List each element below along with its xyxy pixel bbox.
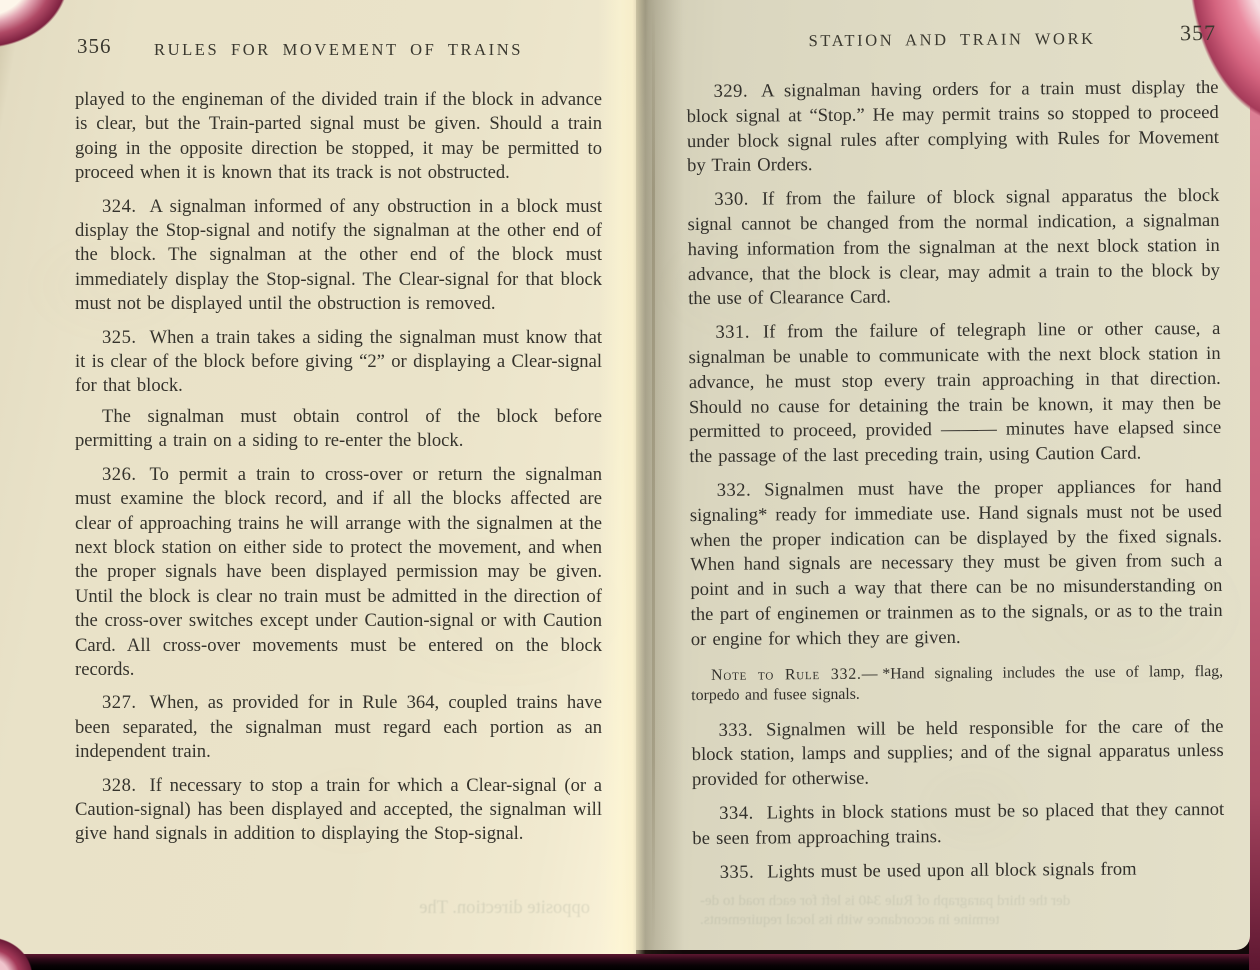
right-running-head: STATION AND TRAIN WORK — [686, 22, 1218, 52]
paragraph: 334.Lights in block stations must be so … — [692, 798, 1224, 852]
paragraph: played to the engineman of the divided t… — [75, 88, 602, 186]
right-page-body: 329.A signalman having orders for a trai… — [686, 76, 1224, 885]
paragraph-text: If from the failure of block signal appa… — [687, 185, 1220, 309]
paragraph-text: To permit a train to cross-over or retur… — [75, 464, 602, 680]
book-scan: 356 RULES FOR MOVEMENT OF TRAINS played … — [0, 0, 1260, 970]
paragraph-text: Signalmen will be held responsible for t… — [692, 715, 1224, 790]
left-page-text: 356 RULES FOR MOVEMENT OF TRAINS played … — [75, 34, 602, 856]
paragraph-text: Lights in block stations must be so plac… — [692, 799, 1224, 849]
paragraph-text: If necessary to stop a train for which a… — [75, 775, 602, 845]
rule-number: 326. — [102, 464, 150, 485]
paragraph-text: When a train takes a siding the signalma… — [75, 327, 602, 397]
left-running-head: RULES FOR MOVEMENT OF TRAINS — [75, 34, 602, 60]
paragraph-text: played to the engineman of the divided t… — [75, 89, 602, 183]
paragraph: Note to Rule 332.—*Hand signaling includ… — [691, 661, 1223, 706]
right-page-header: 357 STATION AND TRAIN WORK — [686, 22, 1218, 72]
book-cover-bottom-edge — [0, 954, 1260, 970]
paragraph: 331.If from the failure of telegraph lin… — [688, 317, 1221, 470]
paragraph: 335.Lights must be used upon all block s… — [693, 856, 1225, 885]
paragraph: 328.If necessary to stop a train for whi… — [75, 774, 602, 847]
paragraph: 332.Signalmen must have the proper appli… — [690, 475, 1223, 653]
rule-number: 330. — [714, 189, 762, 210]
rule-number: 334. — [719, 802, 767, 823]
rule-number: 332. — [717, 479, 765, 500]
paragraph: 324.A signalman informed of any obstruct… — [75, 195, 602, 317]
rule-number: 329. — [713, 81, 761, 102]
paragraph: The signalman must obtain control of the… — [75, 405, 602, 454]
rule-number: 335. — [720, 861, 768, 882]
rule-number: 328. — [102, 775, 150, 796]
rule-number: 324. — [102, 196, 150, 217]
left-page-body: played to the engineman of the divided t… — [75, 88, 602, 847]
rule-number: 333. — [718, 719, 766, 740]
paragraph: 326.To permit a train to cross-over or r… — [75, 463, 602, 683]
paragraph-text: The signalman must obtain control of the… — [75, 406, 602, 451]
paragraph-text: A signalman informed of any obstruction … — [75, 196, 602, 315]
book-cover-right-edge — [1249, 0, 1260, 970]
paragraph: 333.Signalmen will be held responsible f… — [691, 714, 1224, 793]
left-page-header: 356 RULES FOR MOVEMENT OF TRAINS — [75, 34, 602, 80]
right-page-text: 357 STATION AND TRAIN WORK 329.A signalm… — [686, 22, 1225, 894]
rule-number: Note to Rule 332.— — [711, 665, 882, 683]
paragraph: 329.A signalman having orders for a trai… — [686, 76, 1219, 179]
rule-number: 331. — [715, 322, 763, 343]
paragraph-text: When, as provided for in Rule 364, coupl… — [75, 692, 602, 762]
paragraph-text: A signalman having orders for a train mu… — [687, 77, 1219, 177]
paragraph: 330.If from the failure of block signal … — [687, 184, 1220, 312]
left-page-number: 356 — [77, 34, 112, 59]
rule-number: 325. — [102, 327, 150, 348]
right-page-number: 357 — [1180, 20, 1216, 46]
paragraph-text: Signalmen must have the proper appliance… — [690, 476, 1223, 650]
rule-number: 327. — [102, 692, 150, 713]
paragraph-text: If from the failure of telegraph line or… — [689, 318, 1222, 467]
paragraph-text: Lights must be used upon all block signa… — [767, 858, 1137, 882]
paragraph: 327.When, as provided for in Rule 364, c… — [75, 691, 602, 764]
paragraph: 325.When a train takes a siding the sign… — [75, 326, 602, 399]
